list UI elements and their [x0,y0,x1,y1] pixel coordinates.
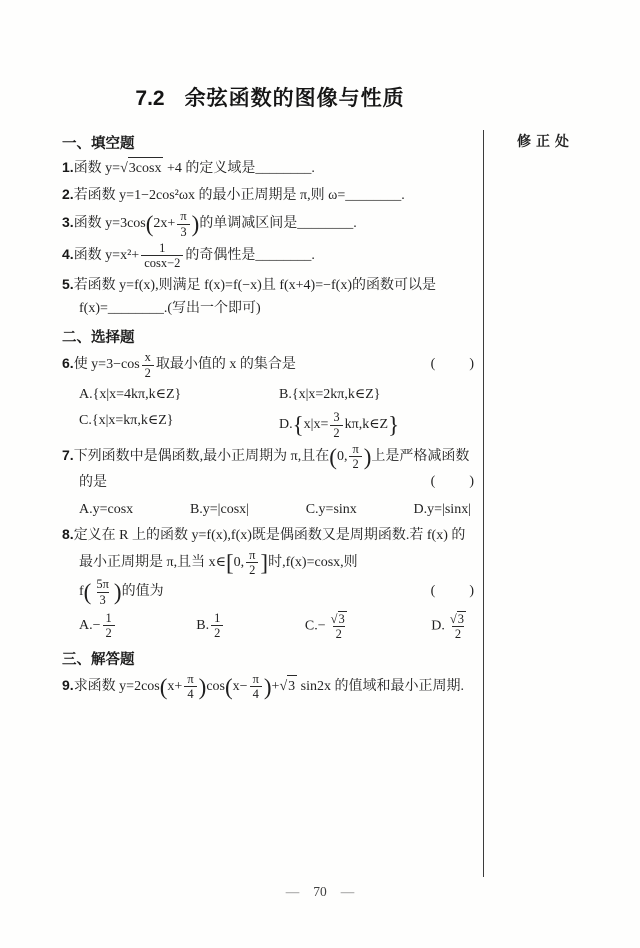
right-bracket: ] [260,550,268,575]
minus-sign: − [318,619,326,634]
fraction-numerator: √3 [447,611,469,626]
fraction: 5π3 [93,577,112,607]
fraction-denominator: 3 [97,592,109,607]
option-text: {x|x=4kπ,k∈Z} [93,387,182,402]
fraction: 32 [330,410,342,440]
page-title: 7.2余弦函数的图像与性质 [62,82,478,112]
answer-parentheses: ( ) [448,354,476,377]
question-number: 2. [62,186,74,202]
option-c: C.y=sinx [306,499,357,521]
question-text: 若函数 y=1−2cos²ωx 的最小正周期是 π,则 ω=________. [74,188,405,203]
fraction-numerator: x [142,350,154,364]
fraction: π4 [250,672,262,702]
option-label: B. [196,618,209,633]
page-number: —70— [0,884,640,900]
formula-text: 0, [337,449,348,464]
option-a: A.{x|x=4kπ,k∈Z} [79,384,279,406]
question-3: 3.函数 y=3cos(2x+π3)的单调减区间是________. [62,209,478,239]
fraction-numerator: 1 [156,241,168,255]
option-a: A.−12 [79,611,117,642]
question-7: 7.下列函数中是偶函数,最小正周期为 π,且在(0,π2)上是严格减函数的是 (… [62,442,478,521]
fraction-denominator: 2 [246,562,258,577]
radical-sign: √ [279,676,287,699]
fraction-denominator: 2 [349,456,361,471]
option-label: C. [306,502,319,517]
fraction-denominator: 3 [177,224,189,239]
option-label: A. [79,387,93,402]
options-row: A.−12 B.12 C.−√32 D.√32 [79,611,471,642]
fraction-denominator: 2 [452,626,464,641]
option-label: A. [79,502,93,517]
question-stem: 1.函数 y=√3cosx +4 的定义域是________. [62,156,478,181]
section-header-multiple-choice: 二、选择题 [62,326,478,347]
option-text: y=|sinx| [427,502,471,517]
section-title-text: 余弦函数的图像与性质 [185,87,405,110]
fraction: √32 [328,611,350,642]
option-b: B.12 [196,611,225,642]
option-d: D.y=|sinx| [414,499,471,521]
formula-text: x+ [167,679,182,694]
fraction-numerator: 1 [211,611,223,625]
radicand: 3 [287,675,297,699]
section-number: 7.2 [135,87,164,110]
fraction: 12 [211,611,223,641]
radicand: 3 [338,611,347,626]
left-bracket: [ [226,550,234,575]
sqrt-expression: √3 [331,611,347,626]
fraction-numerator: π [246,548,258,562]
option-label: C. [305,619,318,634]
option-label: A. [79,618,93,633]
sqrt-expression: √3 [279,675,297,699]
option-d: D.√32 [431,611,471,642]
formula-text: 取最小值的 x 的集合是 [156,357,296,372]
formula-text: 函数 y=3cos [74,216,146,231]
section-header-fill-blanks: 一、填空题 [62,132,478,153]
fraction: x2 [142,350,154,380]
margin-rule [483,130,484,877]
option-label: C. [79,413,92,428]
left-paren: ( [225,674,233,699]
question-text: 下列函数中是偶函数,最小正周期为 π,且在 [74,449,330,464]
fraction-denominator: 2 [211,625,223,640]
option-label: B. [190,502,203,517]
option-text: y=|cosx| [203,502,249,517]
formula-text: 的奇偶性是________. [185,248,315,263]
formula-text: 使 y=3−cos [74,357,140,372]
formula-text: x− [233,679,248,694]
fraction: π2 [349,442,361,472]
sqrt-expression: √3 [450,611,466,626]
option-b: B.{x|x=2kπ,k∈Z} [279,384,479,406]
options-row: C.{x|x=kπ,k∈Z} D.{x|x=32kπ,k∈Z} [79,410,478,440]
question-5: 5.若函数 y=f(x),则满足 f(x)=f(−x)且 f(x+4)=−f(x… [62,273,478,320]
right-brace: } [388,413,399,438]
question-number: 6. [62,355,74,371]
plus-sign: + [272,679,280,694]
fraction-numerator: 3 [330,410,342,424]
fraction-denominator: 4 [250,686,262,701]
fraction: 12 [103,611,115,641]
fraction: 1cosx−2 [141,241,183,271]
question-stem: 4.函数 y=x²+1cosx−2的奇偶性是________. [62,241,478,271]
right-paren: ) [114,580,122,605]
option-label: D. [431,619,445,634]
question-stem: 3.函数 y=3cos(2x+π3)的单调减区间是________. [62,209,478,239]
question-stem: 9.求函数 y=2cos(x+π4)cos(x−π4)+√3 sin2x 的值域… [62,672,478,702]
fraction-numerator: π [349,442,361,456]
radical-sign: √ [331,612,338,626]
fraction: π3 [177,209,189,239]
fraction-numerator: π [184,672,196,686]
formula-text: 求函数 y=2cos [74,679,160,694]
formula-text: +4 的定义域是________. [163,161,314,176]
fraction-numerator: √3 [328,611,350,626]
question-number: 1. [62,159,74,175]
radical-sign: √ [120,158,128,181]
option-b: B.y=|cosx| [190,499,249,521]
fraction-numerator: π [177,209,189,223]
margin-note: 修正处 [517,131,574,151]
formula-text: cos [206,679,225,694]
question-stem: 8.定义在 R 上的函数 y=f(x),f(x)既是偶函数又是周期函数.若 f(… [62,523,478,577]
answer-parentheses: ( ) [431,581,476,604]
option-a: A.y=cosx [79,499,133,521]
fraction-denominator: 4 [184,686,196,701]
options-row: A.{x|x=4kπ,k∈Z} B.{x|x=2kπ,k∈Z} [79,384,478,406]
formula-text: 2x+ [153,216,175,231]
option-label: D. [414,502,428,517]
fraction-denominator: 2 [330,425,342,440]
minus-sign: − [93,618,101,633]
question-stem: 6.使 y=3−cosx2取最小值的 x 的集合是 ( ) [62,350,478,380]
radical-sign: √ [450,612,457,626]
question-number: 4. [62,246,74,262]
main-column: 7.2余弦函数的图像与性质 一、填空题 1.函数 y=√3cosx +4 的定义… [62,82,478,704]
answer-parentheses: ( ) [448,471,476,494]
left-brace: { [293,413,304,438]
formula-text: 函数 y= [74,161,120,176]
option-c: C.{x|x=kπ,k∈Z} [79,410,279,440]
option-text: kπ,k∈Z [345,417,388,432]
question-number: 7. [62,447,74,463]
question-4: 4.函数 y=x²+1cosx−2的奇偶性是________. [62,241,478,271]
formula-text: 的单调减区间是________. [199,216,357,231]
fraction-denominator: 2 [142,365,154,380]
question-number: 8. [62,526,74,542]
page-number-dash-right: — [341,884,355,899]
fraction: π4 [184,672,196,702]
options-row: A.y=cosx B.y=|cosx| C.y=sinx D.y=|sinx| [79,499,471,521]
page-number-dash-left: — [286,884,300,899]
question-stem: 2.若函数 y=1−2cos²ωx 的最小正周期是 π,则 ω=________… [62,183,478,208]
fraction-numerator: 1 [103,611,115,625]
option-text: y=cosx [93,502,134,517]
fraction: π2 [246,548,258,578]
question-stem: 5.若函数 y=f(x),则满足 f(x)=f(−x)且 f(x+4)=−f(x… [62,273,478,320]
question-text: 时,f(x)=cosx,则 [268,555,358,570]
radicand: 3cosx [128,157,164,181]
option-text: {x|x=kπ,k∈Z} [92,413,174,428]
question-number: 9. [62,677,74,693]
right-paren: ) [264,674,272,699]
option-text: x|x= [304,417,329,432]
section-header-free-response: 三、解答题 [62,648,478,669]
formula-text: 函数 y=x²+ [74,248,140,263]
option-d: D.{x|x=32kπ,k∈Z} [279,410,479,440]
sqrt-expression: √3cosx [120,157,163,181]
fraction-numerator: π [250,672,262,686]
formula-text: 0, [234,555,245,570]
fraction-denominator: 2 [103,625,115,640]
question-text: 若函数 y=f(x),则满足 f(x)=f(−x)且 f(x+4)=−f(x)的… [74,278,436,316]
left-paren: ( [329,444,337,469]
option-text: {x|x=2kπ,k∈Z} [292,387,381,402]
fraction: √32 [447,611,469,642]
option-text: y=sinx [319,502,357,517]
left-paren: ( [84,580,92,605]
fraction-denominator: cosx−2 [141,255,183,270]
question-1: 1.函数 y=√3cosx +4 的定义域是________. [62,156,478,181]
question-8: 8.定义在 R 上的函数 y=f(x),f(x)既是偶函数又是周期函数.若 f(… [62,523,478,642]
question-2: 2.若函数 y=1−2cos²ωx 的最小正周期是 π,则 ω=________… [62,183,478,208]
fraction-denominator: 2 [333,626,345,641]
formula-text: sin2x 的值域和最小正周期. [297,679,464,694]
question-number: 5. [62,276,74,292]
question-number: 3. [62,214,74,230]
worksheet-page: 修正处 7.2余弦函数的图像与性质 一、填空题 1.函数 y=√3cosx +4… [0,0,640,948]
option-c: C.−√32 [305,611,352,642]
radicand: 3 [457,611,466,626]
option-label: B. [279,387,292,402]
question-stem-line2: f(5π3)的值为 ( ) [62,577,478,607]
fraction-numerator: 5π [93,577,112,591]
page-number-value: 70 [313,884,327,899]
question-stem: 7.下列函数中是偶函数,最小正周期为 π,且在(0,π2)上是严格减函数的是 (… [62,442,478,494]
question-6: 6.使 y=3−cosx2取最小值的 x 的集合是 ( ) A.{x|x=4kπ… [62,350,478,440]
option-label: D. [279,417,293,432]
question-text: 的值为 [122,584,164,599]
question-9: 9.求函数 y=2cos(x+π4)cos(x−π4)+√3 sin2x 的值域… [62,672,478,702]
